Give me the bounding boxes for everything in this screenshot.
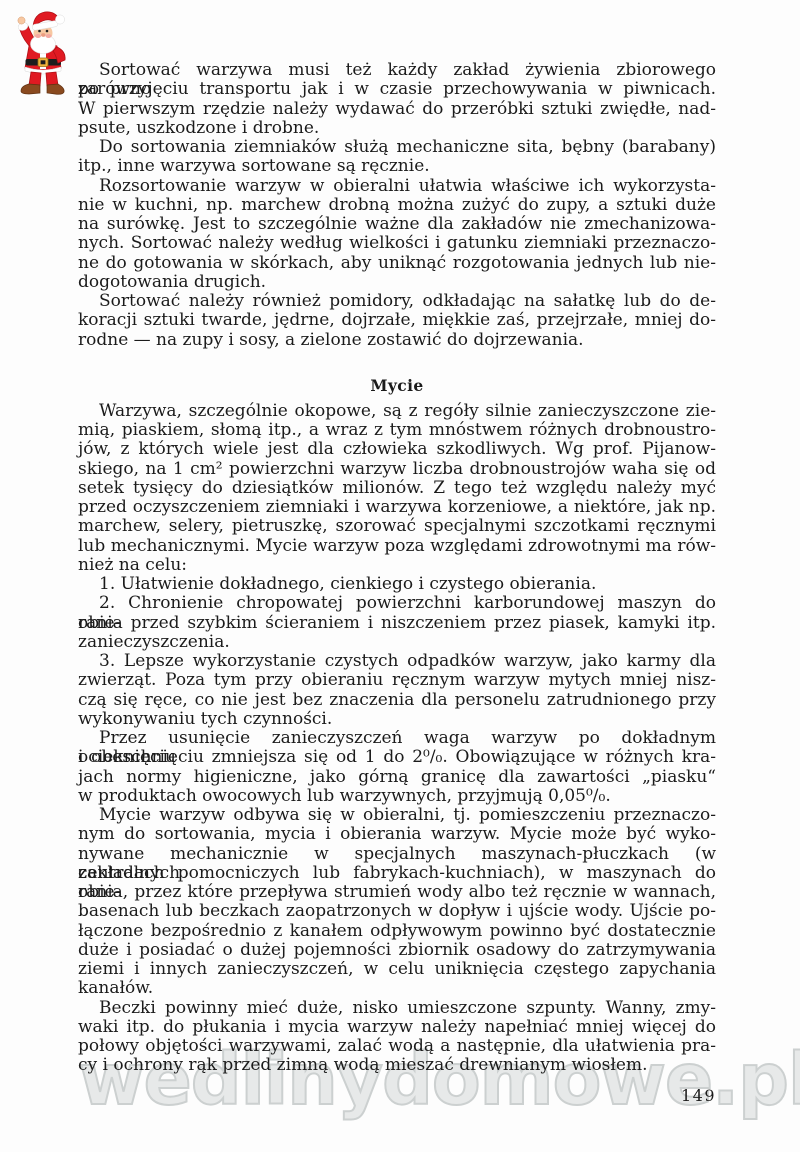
text-line: Do sortowania ziemniaków służą mechanicz… — [78, 138, 716, 157]
santa-boot — [21, 84, 40, 94]
santa-claus-image — [8, 6, 74, 96]
text-line: nież na celu: — [78, 556, 716, 575]
text-line: basenach lub beczkach zaopatrzonych w do… — [78, 902, 716, 921]
text-line: Sortować należy również pomidory, odkład… — [78, 292, 716, 311]
paragraph: Przez usunięcie zanieczyszczeń waga warz… — [78, 729, 716, 806]
text-line: mią, piaskiem, słomą itp., a wraz z tym … — [78, 421, 716, 440]
paragraph: 2. Chronienie chropowatej powierzchni ka… — [78, 594, 716, 652]
santa-boot — [47, 84, 64, 94]
text-line: marchew, selery, pietruszkę, szorować sp… — [78, 517, 716, 536]
book-page: wedlinydomowe.pl Sortować warzywa musi t… — [0, 0, 800, 1152]
paragraph: Mycie warzyw odbywa się w obieralni, tj.… — [78, 806, 716, 999]
text-line: psute, uszkodzone i drobne. — [78, 119, 716, 138]
paragraph: Do sortowania ziemniaków służą mechanicz… — [78, 138, 716, 177]
text-line: rodne — na zupy i sosy, a zielone zostaw… — [78, 331, 716, 350]
paragraph: Sortować należy również pomidory, odkład… — [78, 292, 716, 350]
text-line: zakładach pomocniczych lub fabrykach-kuc… — [78, 864, 716, 883]
text-line: Mycie warzyw odbywa się w obieralni, tj.… — [78, 806, 716, 825]
paragraph: Beczki powinny mieć duże, nisko umieszcz… — [78, 999, 716, 1076]
text-line: koracji sztuki twarde, jędrne, dojrzałe,… — [78, 311, 716, 330]
text-line: nym do sortowania, mycia i obierania war… — [78, 825, 716, 844]
paragraph: 3. Lepsze wykorzystanie czystych odpadkó… — [78, 652, 716, 729]
text-line: rania, przez które przepływa strumień wo… — [78, 883, 716, 902]
text-line: Sortować warzywa musi też każdy zakład ż… — [78, 61, 716, 80]
text-line: ne do gotowania w skórkach, aby uniknąć … — [78, 254, 716, 273]
text-line: Beczki powinny mieć duże, nisko umieszcz… — [78, 999, 716, 1018]
text-line: zanieczyszczenia. — [78, 633, 716, 652]
text-column: Sortować warzywa musi też każdy zakład ż… — [78, 61, 716, 1076]
text-line: waki itp. do płukania i mycia warzyw nal… — [78, 1018, 716, 1037]
text-line: nie w kuchni, np. marchew drobną można z… — [78, 196, 716, 215]
text-line: 3. Lepsze wykorzystanie czystych odpadkó… — [78, 652, 716, 671]
text-line: duże i posiadać o dużej pojemności zbior… — [78, 941, 716, 960]
text-line: w produktach owocowych lub warzywnych, p… — [78, 787, 716, 806]
text-line: 1. Ułatwienie dokładnego, cienkiego i cz… — [78, 575, 716, 594]
text-line: nywane mechanicznie w specjalnych maszyn… — [78, 845, 716, 864]
paragraph: Sortować warzywa musi też każdy zakład ż… — [78, 61, 716, 138]
text-line: zwierząt. Poza tym przy obieraniu ręczny… — [78, 671, 716, 690]
text-line: Warzywa, szczególnie okopowe, są z regół… — [78, 402, 716, 421]
text-line: po przyjęciu transportu jak i w czasie p… — [78, 80, 716, 99]
text-line: ziemi i innych zanieczyszczeń, w celu un… — [78, 960, 716, 979]
santa-hat-pompom — [55, 15, 64, 24]
text-line: Przez usunięcie zanieczyszczeń waga warz… — [78, 729, 716, 748]
paragraph: Rozsortowanie warzyw w obieralni ułatwia… — [78, 177, 716, 293]
text-line: wykonywaniu tych czynności. — [78, 710, 716, 729]
text-line: połowy objętości warzywami, zalać wodą a… — [78, 1037, 716, 1056]
page-number: 149 — [78, 1086, 716, 1105]
text-line: cy i ochrony rąk przed zimną wodą miesza… — [78, 1056, 716, 1075]
text-line: rania przed szybkim ścieraniem i niszcze… — [78, 614, 716, 633]
text-line: itp., inne warzywa sortowane są ręcznie. — [78, 157, 716, 176]
text-line: przed oczyszczeniem ziemniaki i warzywa … — [78, 498, 716, 517]
text-line: jach normy higieniczne, jako górną grani… — [78, 768, 716, 787]
text-line: 2. Chronienie chropowatej powierzchni ka… — [78, 594, 716, 613]
santa-beard — [31, 35, 56, 54]
text-line: łączone bezpośrednio z kanałem odpływowy… — [78, 922, 716, 941]
text-line: lub mechanicznymi. Mycie warzyw poza wzg… — [78, 537, 716, 556]
text-line: kanałów. — [78, 979, 716, 998]
text-line: czą się ręce, co nie jest bez znaczenia … — [78, 691, 716, 710]
text-line: dogotowania drugich. — [78, 273, 716, 292]
text-line: Rozsortowanie warzyw w obieralni ułatwia… — [78, 177, 716, 196]
paragraph: Warzywa, szczególnie okopowe, są z regół… — [78, 402, 716, 575]
section-heading: Mycie — [78, 376, 716, 396]
text-line: W pierwszym rzędzie należy wydawać do pr… — [78, 100, 716, 119]
text-line: i obeschnięciu zmniejsza się od 1 do 2⁰/… — [78, 748, 716, 767]
text-line: jów, z których wiele jest dla człowieka … — [78, 440, 716, 459]
text-line: nych. Sortować należy według wielkości i… — [78, 234, 716, 253]
text-line: setek tysięcy do dziesiątków milionów. Z… — [78, 479, 716, 498]
text-line: skiego, na 1 cm² powierzchni warzyw licz… — [78, 460, 716, 479]
paragraph: 1. Ułatwienie dokładnego, cienkiego i cz… — [78, 575, 716, 594]
text-line: na surówkę. Jest to szczególnie ważne dl… — [78, 215, 716, 234]
